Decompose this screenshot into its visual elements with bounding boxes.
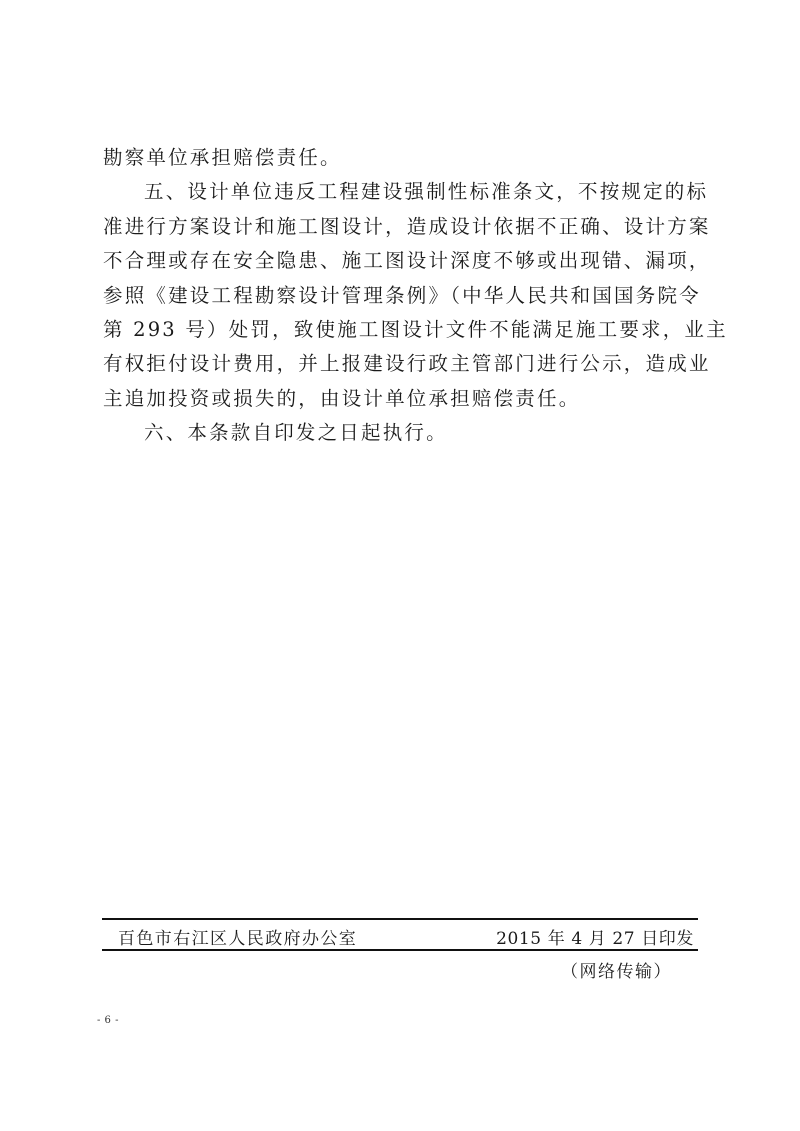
body-line: 勘察单位承担赔偿责任。 xyxy=(103,141,703,175)
page-number: - 6 - xyxy=(97,1015,119,1026)
body-line: 主追加投资或损失的，由设计单位承担赔偿责任。 xyxy=(103,382,703,416)
document-body: 勘察单位承担赔偿责任。 五、设计单位违反工程建设强制性标准条文，不按规定的标 准… xyxy=(103,141,703,451)
footer-top-rule xyxy=(102,918,698,920)
issuing-office: 百色市右江区人民政府办公室 xyxy=(118,924,357,949)
body-line: 有权拒付设计费用，并上报建设行政主管部门进行公示，造成业 xyxy=(103,347,703,381)
transmission-note: （网络传输） xyxy=(561,957,672,982)
footer-bottom-rule xyxy=(102,949,698,951)
document-page: 勘察单位承担赔偿责任。 五、设计单位违反工程建设强制性标准条文，不按规定的标 准… xyxy=(0,0,800,1131)
body-line: 参照《建设工程勘察设计管理条例》（中华人民共和国国务院令 xyxy=(103,279,703,313)
body-line: 第 293 号）处罚，致使施工图设计文件不能满足施工要求，业主 xyxy=(103,313,703,347)
issue-date: 2015 年 4 月 27 日印发 xyxy=(496,924,694,949)
body-line-section-6: 六、本条款自印发之日起执行。 xyxy=(103,416,703,450)
body-line: 不合理或存在安全隐患、施工图设计深度不够或出现错、漏项， xyxy=(103,244,703,278)
body-line-section-5: 五、设计单位违反工程建设强制性标准条文，不按规定的标 xyxy=(103,175,703,209)
body-line: 准进行方案设计和施工图设计，造成设计依据不正确、设计方案 xyxy=(103,210,703,244)
